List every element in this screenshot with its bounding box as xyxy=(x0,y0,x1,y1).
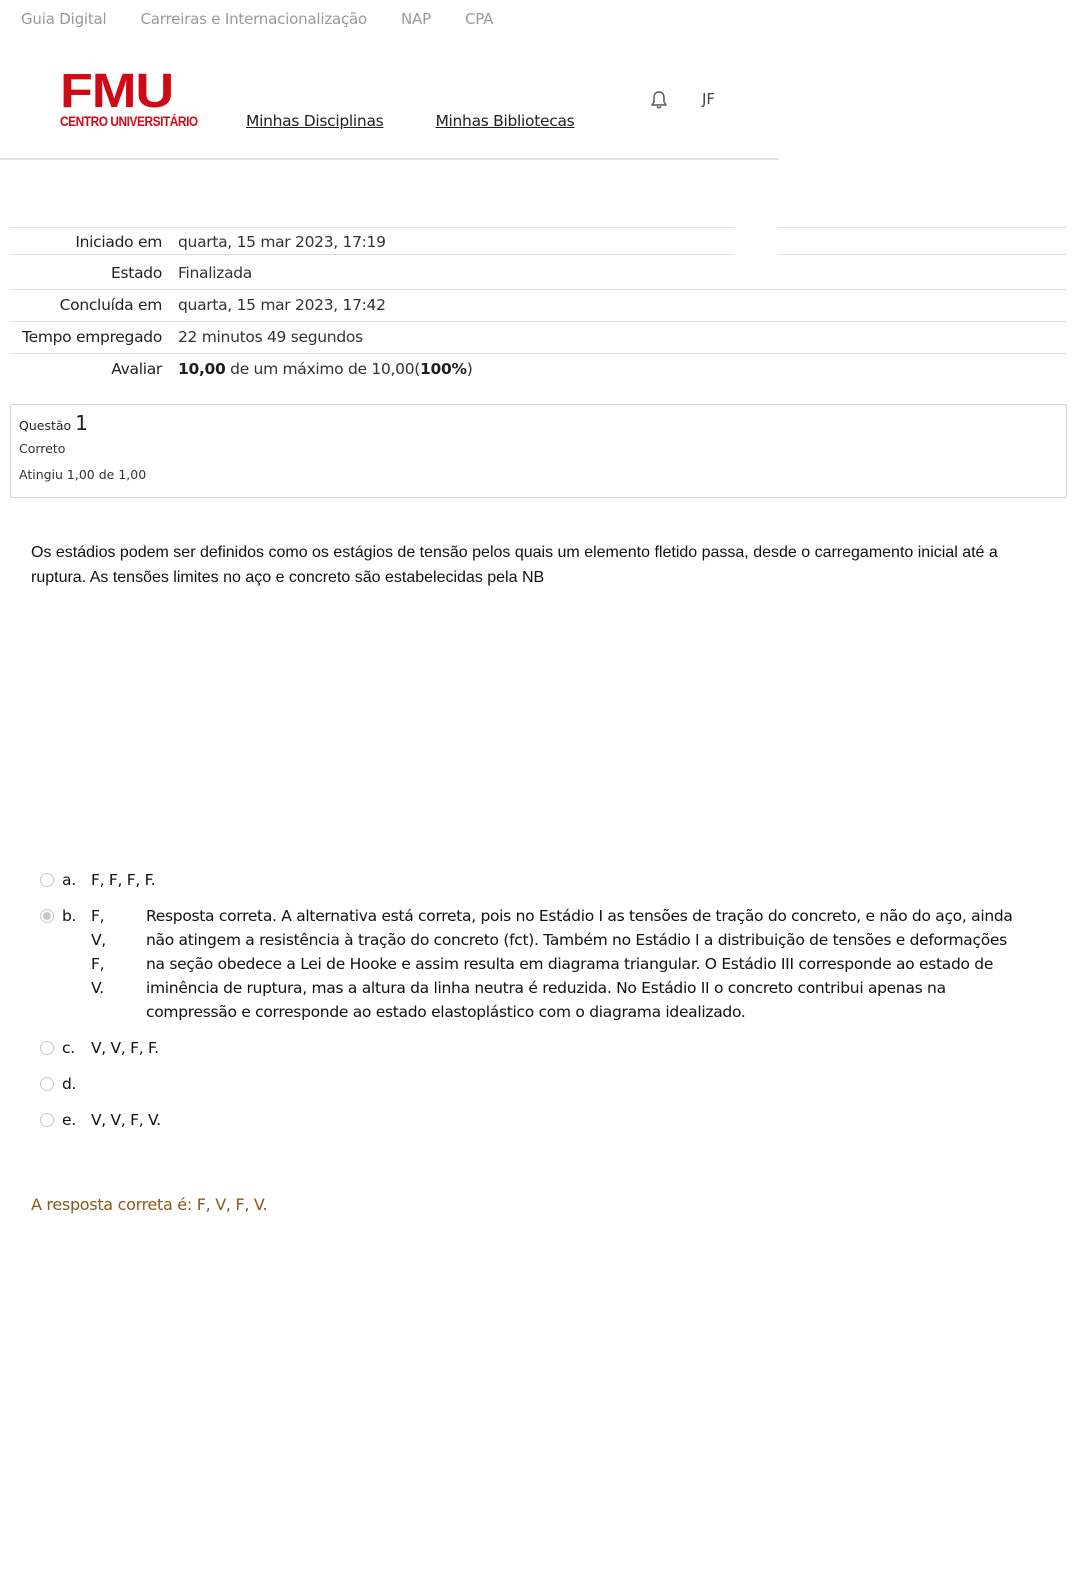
question-grade: Atingiu 1,00 de 1,00 xyxy=(19,467,1058,482)
summary-label: Iniciado em xyxy=(10,230,162,254)
grade-text: de um máximo de 10,00( xyxy=(226,360,421,378)
grade-text-end: ) xyxy=(467,360,473,378)
summary-row-started: Iniciado em quarta, 15 mar 2023, 17:19 xyxy=(10,227,1067,258)
option-letter: a. xyxy=(62,868,91,892)
option-text: V, V, F, V. xyxy=(91,1108,161,1132)
question-state: Correto xyxy=(19,441,1058,456)
grade-score: 10,00 xyxy=(178,360,226,378)
radio-button[interactable] xyxy=(40,1041,54,1055)
summary-label: Tempo empregado xyxy=(10,325,162,349)
option-text-line: F, xyxy=(91,952,146,976)
summary-label: Concluída em xyxy=(10,293,162,317)
logo-sub: CENTRO UNIVERSITÁRIO xyxy=(60,114,183,129)
summary-value: quarta, 15 mar 2023, 17:42 xyxy=(162,293,386,317)
question-label: Questão xyxy=(19,418,71,433)
user-menu[interactable]: JF xyxy=(702,90,715,108)
radio-button[interactable] xyxy=(40,1113,54,1127)
option-text-line: F, xyxy=(91,904,146,928)
summary-value: 22 minutos 49 segundos xyxy=(162,325,363,349)
radio-button[interactable] xyxy=(40,873,54,887)
nav-minhas-bibliotecas[interactable]: Minhas Bibliotecas xyxy=(435,112,574,130)
top-nav: Guia Digital Carreiras e Internacionaliz… xyxy=(21,10,527,28)
question-info: Questão 1 Correto Atingiu 1,00 de 1,00 xyxy=(10,404,1067,498)
summary-value: quarta, 15 mar 2023, 17:19 xyxy=(162,230,386,254)
option-text-line: V, xyxy=(91,928,146,952)
answer-options: a. F, F, F, F. b. F, V, F, V. Resposta c… xyxy=(40,868,1040,1144)
site-header: FMU CENTRO UNIVERSITÁRIO Minhas Discipli… xyxy=(0,60,779,160)
top-nav-carreiras[interactable]: Carreiras e Internacionalização xyxy=(141,10,368,28)
radio-button-selected[interactable] xyxy=(40,909,54,923)
top-nav-guia-digital[interactable]: Guia Digital xyxy=(21,10,107,28)
option-text-line: V. xyxy=(91,976,146,1000)
option-b[interactable]: b. F, V, F, V. Resposta correta. A alter… xyxy=(40,904,1040,1024)
option-c[interactable]: c. V, V, F, F. xyxy=(40,1036,1040,1060)
top-nav-nap[interactable]: NAP xyxy=(401,10,431,28)
summary-label: Estado xyxy=(10,261,162,285)
question-num: 1 xyxy=(75,411,88,435)
radio-button[interactable] xyxy=(40,1077,54,1091)
summary-row-time: Tempo empregado 22 minutos 49 segundos xyxy=(10,321,1067,353)
summary-value: 10,00 de um máximo de 10,00(100%) xyxy=(162,357,472,381)
correct-answer: A resposta correta é: F, V, F, V. xyxy=(31,1195,267,1214)
grade-percent: 100% xyxy=(420,360,467,378)
option-letter: b. xyxy=(62,904,91,928)
option-text: F, V, F, V. xyxy=(91,904,146,1000)
option-d[interactable]: d. xyxy=(40,1072,1040,1096)
option-text: F, F, F, F. xyxy=(91,868,155,892)
option-letter: c. xyxy=(62,1036,91,1060)
fmu-logo[interactable]: FMU CENTRO UNIVERSITÁRIO xyxy=(60,72,200,129)
nav-minhas-disciplinas[interactable]: Minhas Disciplinas xyxy=(246,112,383,130)
option-letter: e. xyxy=(62,1108,91,1132)
summary-label: Avaliar xyxy=(10,357,162,381)
top-nav-cpa[interactable]: CPA xyxy=(465,10,493,28)
question-text: Os estádios podem ser definidos como os … xyxy=(31,540,1031,590)
option-feedback: Resposta correta. A alternativa está cor… xyxy=(146,904,1026,1024)
question-number: Questão 1 xyxy=(19,411,1058,435)
summary-row-state: Estado Finalizada xyxy=(10,258,1067,289)
attempt-summary: Iniciado em quarta, 15 mar 2023, 17:19 E… xyxy=(10,227,1067,385)
bell-icon[interactable] xyxy=(650,90,668,110)
option-text: V, V, F, F. xyxy=(91,1036,159,1060)
option-e[interactable]: e. V, V, F, V. xyxy=(40,1108,1040,1132)
logo-main: FMU xyxy=(60,72,217,112)
option-letter: d. xyxy=(62,1072,91,1096)
summary-row-grade: Avaliar 10,00 de um máximo de 10,00(100%… xyxy=(10,353,1067,385)
option-a[interactable]: a. F, F, F, F. xyxy=(40,868,1040,892)
summary-value: Finalizada xyxy=(162,261,252,285)
summary-row-completed: Concluída em quarta, 15 mar 2023, 17:42 xyxy=(10,289,1067,321)
main-nav: Minhas Disciplinas Minhas Bibliotecas xyxy=(246,112,626,130)
